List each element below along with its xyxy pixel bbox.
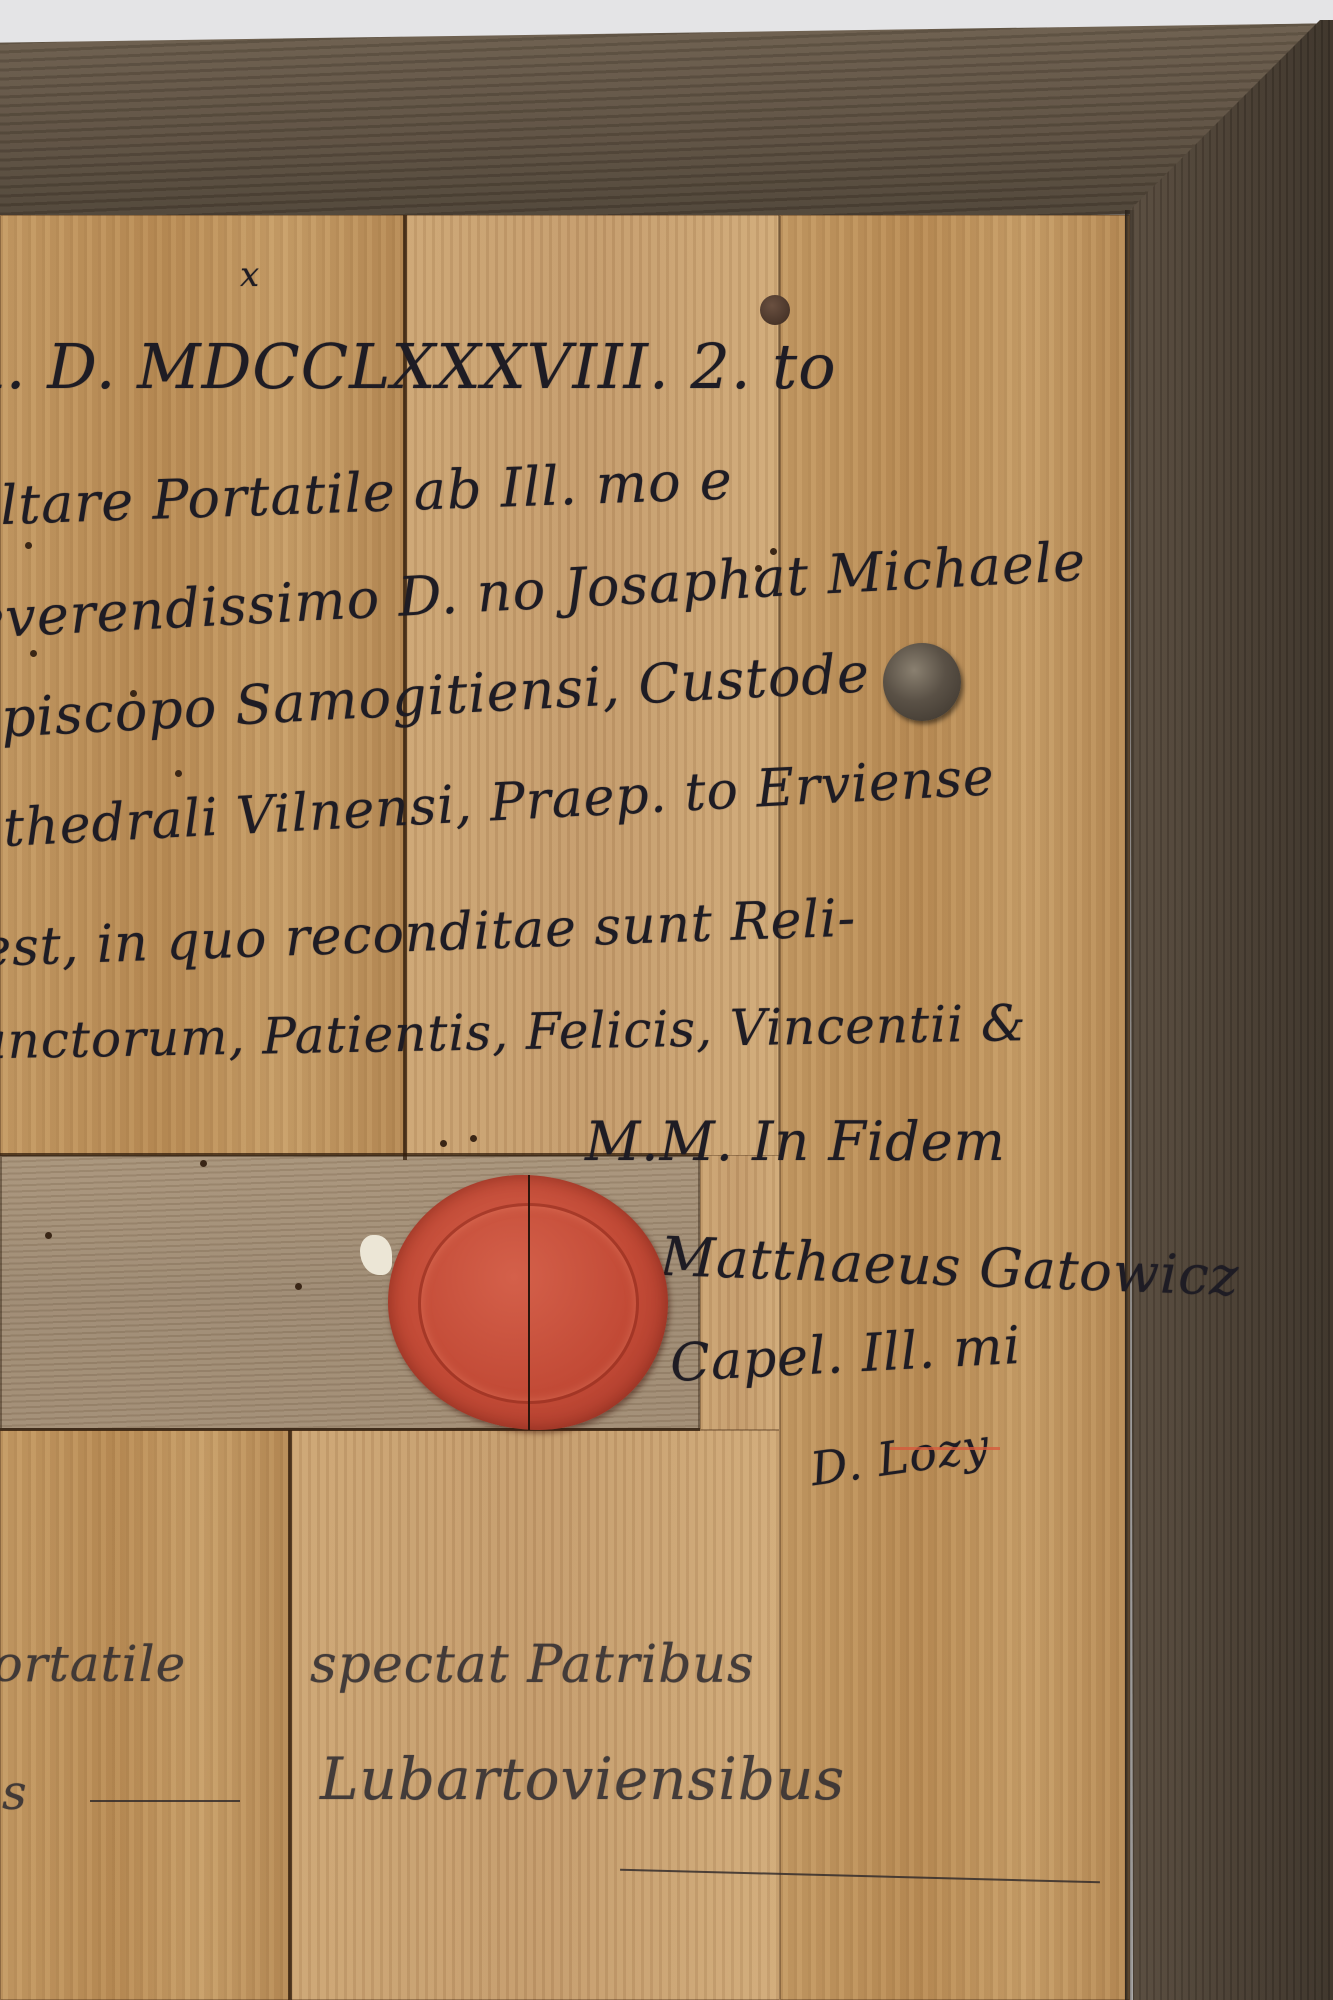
nail-head-icon (883, 643, 961, 721)
lower-line-spectat-patribus: spectat Patribus (310, 1635, 755, 1695)
small-nail-icon (760, 295, 790, 325)
frame-right-rail (1125, 20, 1333, 2000)
wormhole (45, 1232, 52, 1239)
frame-top-rail (0, 23, 1320, 222)
wormhole (470, 1135, 477, 1142)
wormhole (295, 1283, 302, 1290)
lower-fragment-portatile: Portatile (0, 1635, 186, 1693)
lower-line-lubartoviensibus: Lubartoviensibus (320, 1745, 845, 1813)
inscription-line-8: M.M. In Fidem (585, 1110, 1006, 1173)
lower-fragment-s: s (2, 1765, 28, 1821)
inscription-mark: x (240, 255, 260, 295)
panel-board-lower-middle (290, 1430, 780, 2000)
ink-dash (90, 1800, 240, 1802)
seam (288, 1430, 292, 2000)
wormhole (175, 770, 182, 777)
frame-shadow (1125, 210, 1135, 2000)
panel-board-upper-right (780, 215, 1130, 2000)
seal-crack (528, 1175, 530, 1430)
red-ink-mark (890, 1447, 1000, 1450)
wormhole (200, 1160, 207, 1167)
wormhole (440, 1140, 447, 1147)
wormhole (25, 542, 32, 549)
seam (0, 1428, 700, 1431)
inscription-line-1: A. D. MDCCLXXXVIII. 2. to (0, 330, 837, 403)
wormhole (30, 650, 37, 657)
panel-board-lower-left (0, 1430, 290, 2000)
